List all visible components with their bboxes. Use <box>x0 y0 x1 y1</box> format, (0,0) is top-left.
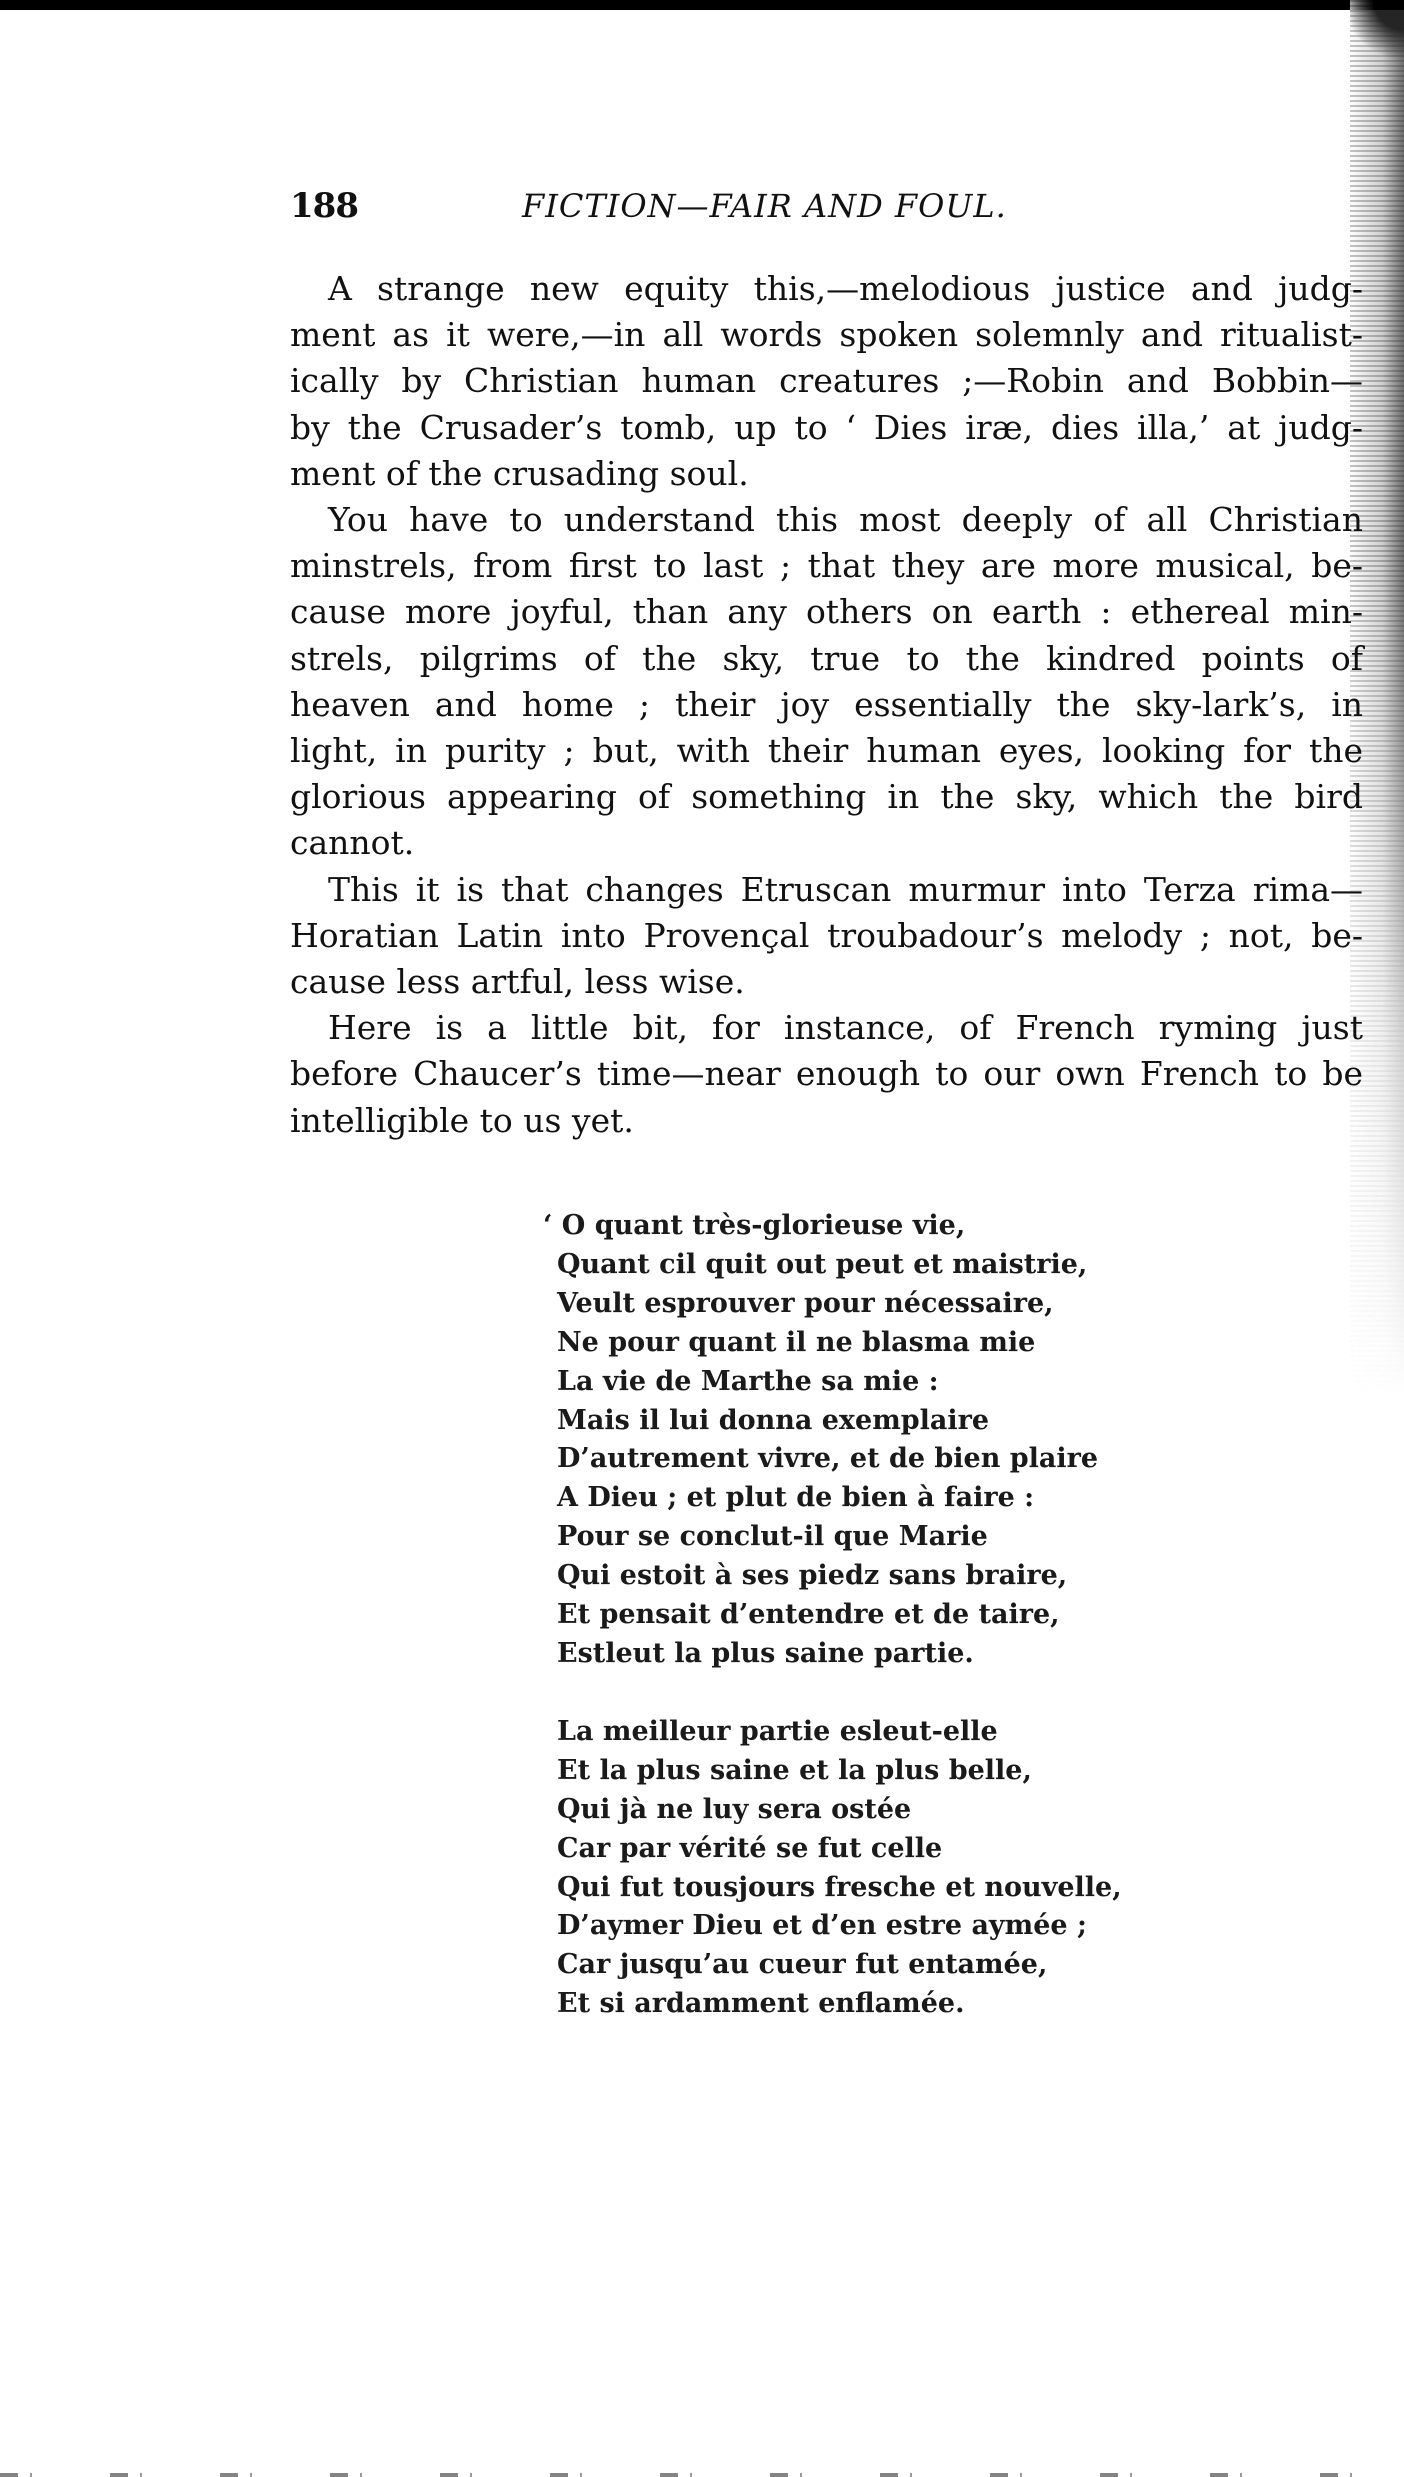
text-line: heaven and home ; their joy essentially … <box>290 682 1363 728</box>
text-line: You have to understand this most deeply … <box>290 497 1363 543</box>
verse-line: Car par vérité se fut celle <box>543 1830 1122 1869</box>
text-line: ment of the crusading soul. <box>290 451 1363 497</box>
verse-line: A Dieu ; et plut de bien à faire : <box>543 1479 1122 1518</box>
verse-line: Estleut la plus saine partie. <box>543 1635 1122 1674</box>
text-line: cause less artful, less wise. <box>290 959 1363 1005</box>
text-line: Here is a little bit, for instance, of F… <box>290 1005 1363 1051</box>
stanza-2: La meilleur partie esleut-elle Et la plu… <box>543 1713 1122 2024</box>
text-line: glorious appearing of something in the s… <box>290 774 1363 820</box>
text-line: A strange new equity this,—melodious jus… <box>290 266 1363 312</box>
paragraph-1: A strange new equity this,—melodious jus… <box>290 266 1363 497</box>
french-verse-quotation: ‘ O quant très-glorieuse vie, Quant cil … <box>543 1207 1122 2024</box>
verse-line: Ne pour quant il ne blasma mie <box>543 1324 1122 1363</box>
stanza-1: ‘ O quant très-glorieuse vie, Quant cil … <box>543 1207 1122 1674</box>
verse-line: La meilleur partie esleut-elle <box>543 1713 1122 1752</box>
text-line: Horatian Latin into Provençal troubadour… <box>290 913 1363 959</box>
text-line: by the Crusader’s tomb, up to ‘ Dies iræ… <box>290 405 1363 451</box>
text-line: minstrels, from first to last ; that the… <box>290 543 1363 589</box>
paragraph-2: You have to understand this most deeply … <box>290 497 1363 867</box>
verse-line: Qui estoit à ses piedz sans braire, <box>543 1557 1122 1596</box>
text-line: This it is that changes Etruscan murmur … <box>290 867 1363 913</box>
text-line: cause more joyful, than any others on ea… <box>290 589 1363 635</box>
verse-line: Qui fut tousjours fresche et nouvelle, <box>543 1869 1122 1908</box>
verse-line: Quant cil quit out peut et maistrie, <box>543 1246 1122 1285</box>
text-line: intelligible to us yet. <box>290 1098 1363 1144</box>
text-line: before Chaucer’s time—near enough to our… <box>290 1051 1363 1097</box>
verse-line: Et la plus saine et la plus belle, <box>543 1752 1122 1791</box>
verse-line: Et pensait d’entendre et de taire, <box>543 1596 1122 1635</box>
verse-line: D’autrement vivre, et de bien plaire <box>543 1440 1122 1479</box>
verse-line: La vie de Marthe sa mie : <box>543 1363 1122 1402</box>
text-line: ment as it were,—in all words spoken sol… <box>290 312 1363 358</box>
verse-line: Veult esprouver pour nécessaire, <box>543 1285 1122 1324</box>
verse-line: D’aymer Dieu et d’en estre aymée ; <box>543 1907 1122 1946</box>
scan-top-border <box>0 0 1404 10</box>
paragraph-3: This it is that changes Etruscan murmur … <box>290 867 1363 1006</box>
verse-line: Et si ardamment enflamée. <box>543 1985 1122 2024</box>
paragraph-4: Here is a little bit, for instance, of F… <box>290 1005 1363 1144</box>
scan-bottom-border <box>0 2473 1404 2477</box>
verse-line: Qui jà ne luy sera ostée <box>543 1791 1122 1830</box>
running-head: 188 FICTION—FAIR AND FOUL. <box>290 186 1363 226</box>
running-title: FICTION—FAIR AND FOUL. <box>522 186 1007 226</box>
body-text: A strange new equity this,—melodious jus… <box>290 266 1363 1144</box>
verse-line: Pour se conclut-il que Marie <box>543 1518 1122 1557</box>
text-line: light, in purity ; but, with their human… <box>290 728 1363 774</box>
verse-line: ‘ O quant très-glorieuse vie, <box>543 1207 1122 1246</box>
text-line: strels, pilgrims of the sky, true to the… <box>290 636 1363 682</box>
text-line: cannot. <box>290 820 1363 866</box>
text-line: ically by Christian human creatures ;—Ro… <box>290 358 1363 404</box>
verse-line: Mais il lui donna exemplaire <box>543 1402 1122 1441</box>
verse-line: Car jusqu’au cueur fut entamée, <box>543 1946 1122 1985</box>
page-number: 188 <box>290 186 358 226</box>
